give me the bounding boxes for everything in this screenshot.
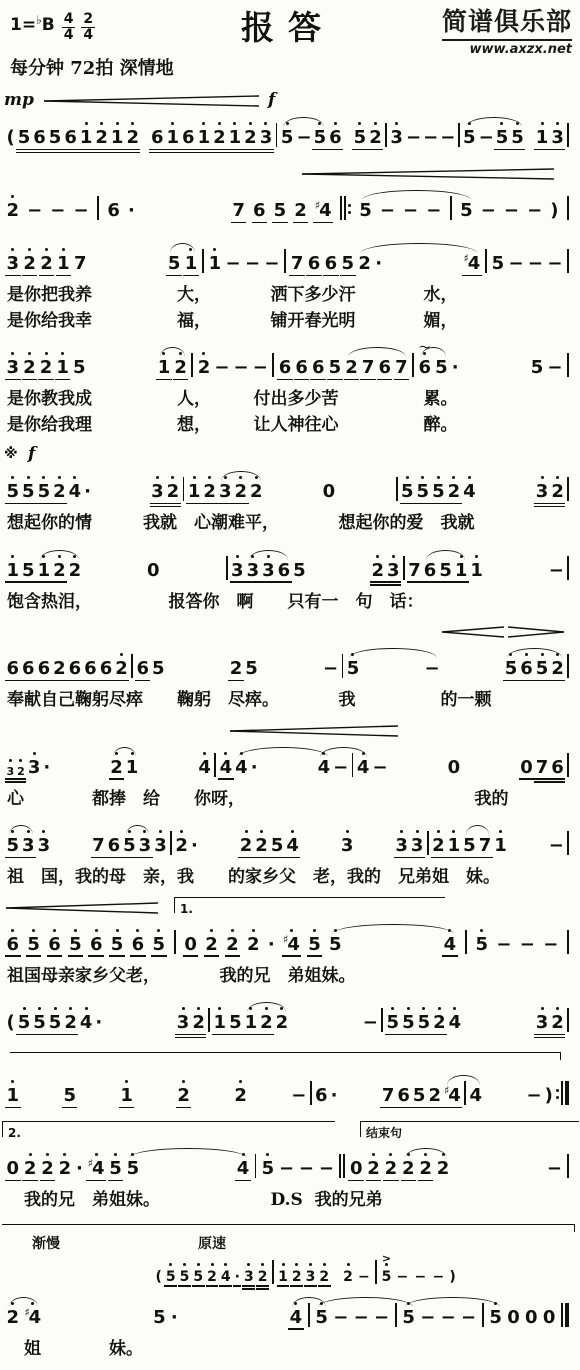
note-token: 6 (310, 359, 326, 377)
note-token: 6 (181, 129, 197, 147)
notes-row: 656565650222·♯45545−−− (2, 917, 574, 964)
duration-dash: − (26, 202, 44, 220)
note-token: 2 (16, 766, 27, 777)
repeat-dots (348, 198, 351, 220)
publisher-logo: 简谱俱乐部 www.axzx.net (442, 2, 572, 57)
note-token: 6 (422, 562, 438, 580)
note-token: 7 (91, 837, 107, 855)
note-token: 2 (238, 837, 254, 855)
note-token: 1 (56, 255, 72, 273)
note-token: 1 (183, 255, 199, 273)
duration-dash: − (460, 1309, 478, 1327)
octave-dot (277, 1263, 290, 1266)
octave-dot (304, 1263, 317, 1266)
octave-dot (550, 476, 566, 479)
octave-dot (416, 1007, 432, 1010)
sharp-icon: ♯ (283, 933, 288, 946)
note-token: 6 (396, 1087, 412, 1105)
octave-dot (196, 352, 212, 355)
note-token: 6 (252, 202, 268, 220)
note-token: 2 (38, 359, 54, 377)
note-token: 5 (21, 483, 37, 501)
barline (565, 556, 571, 580)
music-system: 151220333652376511−饱含热泪， 报答你 啊 只有一 句 话： (2, 543, 574, 616)
note-token: 6〜 (417, 359, 433, 377)
octave-dot (176, 1080, 192, 1083)
augmentation-dot: · (127, 202, 137, 220)
note-token: 1 (109, 129, 125, 147)
note-token: 5 (529, 359, 545, 377)
note-token: 1 (119, 1087, 135, 1105)
barline (565, 831, 571, 855)
octave-dot (56, 248, 72, 251)
octave-dot (370, 555, 386, 558)
octave-dot (114, 653, 130, 656)
note-token: 3 (245, 562, 261, 580)
rest-token: 0 (519, 759, 535, 777)
note-token: 2 (94, 129, 110, 147)
octave-dot (5, 195, 21, 198)
note-token: 2 (114, 660, 130, 678)
note-token: 2 (293, 202, 309, 220)
note-token: 3 (534, 1014, 550, 1032)
duration-dash: − (352, 1309, 370, 1327)
note-token: 2 (63, 1014, 79, 1032)
note-token: 6 (47, 936, 63, 954)
note-token: 3 (394, 837, 410, 855)
octave-dot (197, 752, 213, 755)
note-token: 4 (67, 483, 83, 501)
octave-dot (26, 752, 42, 755)
augmentation-dot: · (83, 483, 93, 501)
note-token: 5 (166, 255, 182, 273)
note-token: 5 (68, 936, 84, 954)
paren: ) (543, 1087, 554, 1105)
note-token: 5 (474, 936, 490, 954)
paren: ( (154, 1270, 163, 1284)
note-token: 1 (55, 359, 71, 377)
note-token: 5 (416, 1014, 432, 1032)
duration-dash: − (412, 1270, 429, 1284)
phrase-line (2, 1224, 575, 1232)
note-token: 6 (130, 936, 146, 954)
note-token: 5 (307, 936, 323, 954)
note-token: 6 (277, 359, 293, 377)
note-token: 6 (21, 660, 37, 678)
dynamic-marking: f (28, 444, 35, 464)
note-token: 3 (230, 562, 246, 580)
notes-row: 666266626525−5−5652 (2, 641, 574, 688)
accent-icon: > (380, 1253, 393, 1264)
note-token: 5 (164, 1270, 177, 1284)
note-token: 2 (318, 1270, 331, 1284)
octave-dot (21, 476, 37, 479)
octave-dot (153, 830, 169, 833)
paren: ( (5, 1014, 16, 1032)
note-token: 5 (438, 562, 454, 580)
note-token: 1 (243, 1014, 259, 1032)
octave-dot (243, 122, 259, 125)
note-token: 3 (304, 1270, 317, 1284)
note-token: 6 (63, 129, 79, 147)
octave-dot (78, 122, 94, 125)
octave-dot (366, 1153, 382, 1156)
note-token: 5 (108, 1160, 124, 1178)
octave-dot (385, 1007, 401, 1010)
note-token: 1 (227, 129, 243, 147)
note-token: 6 (314, 1087, 330, 1105)
note-token: 4 (235, 1160, 251, 1178)
octave-dot (206, 1263, 219, 1266)
octave-dot (212, 122, 228, 125)
note-token: 3 (5, 359, 21, 377)
duration-dash: − (251, 359, 269, 377)
octave-dot (469, 555, 485, 558)
duration-dash: − (243, 255, 261, 273)
segno-icon: ※ (4, 446, 18, 462)
duration-dash: − (213, 359, 231, 377)
note-token: 1 (186, 483, 202, 501)
octave-dot (415, 476, 431, 479)
note-token: 3 (339, 837, 355, 855)
note-token: 5 (150, 660, 166, 678)
octave-dot (258, 122, 274, 125)
note-token: 5 (431, 483, 447, 501)
octave-dot (230, 555, 246, 558)
duration-dash: − (72, 202, 90, 220)
note-token: 5 (327, 359, 343, 377)
rest-token: 0 (321, 483, 337, 501)
augmentation-dot: · (249, 759, 259, 777)
note-token: 3 (386, 562, 402, 580)
note-token: 2 (233, 1087, 249, 1105)
octave-dot (207, 248, 223, 251)
note-token: 2 (228, 660, 244, 678)
duration-dash: − (373, 1309, 391, 1327)
duration-dash: − (371, 759, 389, 777)
sharp-icon: ♯ (444, 1084, 449, 1097)
music-system: 渐慢原速(55524·3212322−5>−−−)2♯45·45−−−5−−−5… (2, 1220, 574, 1363)
note-token: 1 (124, 759, 140, 777)
annotation-row: 渐慢原速 (2, 1220, 574, 1250)
cue-notes-row: (55524·3212322−5>−−−) (152, 1250, 459, 1290)
octave-dot (202, 476, 218, 479)
note-token: 5 (345, 660, 361, 678)
note-token: 5 (47, 129, 63, 147)
notes-row: 151220333652376511− (2, 543, 574, 590)
note-token: 5 (503, 660, 519, 678)
duration-dash: − (430, 1270, 447, 1284)
note-token: 2 (22, 359, 38, 377)
note-token: 3 (534, 483, 550, 501)
note-token: 2 (52, 562, 68, 580)
crescendo-hairpin (442, 626, 504, 638)
octave-dot (164, 1263, 177, 1266)
note-token: 2 (274, 1014, 290, 1032)
notes-row: 32215122−−−666527676〜5·5− (2, 340, 574, 387)
note-token: 2 (40, 1160, 56, 1178)
annotation-row: ※f (2, 444, 574, 464)
note-token: 5 (401, 1014, 417, 1032)
rest-token: 0 (348, 1160, 364, 1178)
note-token: 5 (462, 129, 478, 147)
note-token: 5 (122, 837, 138, 855)
duration-dash: − (525, 1087, 543, 1105)
rest-token: 0 (524, 1309, 540, 1327)
note-token: 5 (401, 1309, 417, 1327)
octave-dot (204, 929, 220, 932)
octave-dot (151, 929, 167, 932)
barline (95, 196, 101, 220)
octave-dot (5, 352, 21, 355)
octave-dot (67, 476, 83, 479)
note-token: 5 (72, 359, 88, 377)
lyrics-line: 奉献自己鞠躬尽瘁 鞠躬 尽瘁。 我 的一颗 (2, 688, 574, 714)
octave-dot (368, 122, 384, 125)
note-token: 5 (358, 202, 374, 220)
ending-bracket: 2. (2, 1121, 335, 1137)
note-token: 2 (550, 660, 566, 678)
note-token: 5 (269, 837, 285, 855)
lyrics-line: 是你教我成 人， 付出多少苦 累。 (2, 387, 574, 413)
note-token: 2 (550, 483, 566, 501)
lyrics-line: 是你给我幸 福， 铺开春光明 媚， (2, 309, 574, 335)
rest-token: 0 (446, 759, 462, 777)
rest-token: 0 (541, 1309, 557, 1327)
octave-dot (5, 248, 21, 251)
dynamic-marking: f (268, 90, 275, 110)
note-token: ♯4 (23, 1309, 43, 1327)
duration-dash: − (545, 1160, 563, 1178)
octave-dot (39, 248, 55, 251)
note-token: 2 (254, 837, 270, 855)
note-token: 5 (314, 1309, 330, 1327)
duration-dash: − (297, 1160, 315, 1178)
ending-bracket-label: 1. (175, 903, 193, 916)
duration-dash: − (477, 129, 494, 147)
barline (565, 353, 571, 377)
ending-bracket-label: 2. (3, 1127, 21, 1140)
note-token: 4 (355, 759, 371, 777)
octave-dot (47, 929, 63, 932)
note-token: 5 (292, 562, 308, 580)
duration-dash: − (317, 1160, 335, 1178)
octave-dot (5, 476, 21, 479)
octave-dot (409, 830, 425, 833)
note-token: 6 (306, 255, 322, 273)
octave-dot (238, 830, 254, 833)
decrescendo-hairpin (508, 626, 564, 638)
note-token: 2 (344, 359, 360, 377)
lyrics-line: 想起你的情 我就 心潮难平， 想起你的爱 我就 (2, 511, 574, 537)
barline (565, 930, 571, 954)
repeat-dots (556, 1083, 559, 1105)
note-token: 4 (316, 759, 332, 777)
note-token: 6 (276, 562, 292, 580)
duration-dash: − (232, 359, 250, 377)
octave-dot (534, 1007, 550, 1010)
note-token: 4 (447, 1014, 463, 1032)
note-token: 2 (173, 359, 189, 377)
duration-dash: − (422, 129, 439, 147)
duration-dash: − (394, 1270, 411, 1284)
note-token: 1 (212, 1014, 228, 1032)
logo-text: 简谱俱乐部 (442, 2, 572, 38)
note-token: 2 (225, 936, 241, 954)
sharp-icon: ♯ (24, 1306, 29, 1319)
annotation-row (2, 163, 574, 183)
octave-dot (47, 1007, 63, 1010)
barline (565, 1154, 571, 1178)
note-token: 2 (370, 562, 386, 580)
annotation-row (2, 621, 574, 641)
note-token: 3 (26, 759, 42, 777)
octave-dot (233, 1080, 249, 1083)
note-token: 3 (36, 837, 52, 855)
duration-dash: − (378, 202, 396, 220)
note-token: 5 (411, 1087, 427, 1105)
note-token: 5 (16, 1014, 32, 1032)
note-token: 2 (22, 1160, 38, 1178)
octave-dot (68, 929, 84, 932)
note-token: 6 (519, 660, 535, 678)
note-token: ♯4 (282, 936, 302, 954)
note-token: 4 (197, 759, 213, 777)
note-token: 6 (149, 129, 165, 147)
duration-dash: − (518, 936, 536, 954)
notes-row: 15122−6·7652♯44−) (2, 1068, 574, 1115)
barline (410, 353, 416, 377)
duration-dash: − (332, 759, 350, 777)
note-token: 2 (212, 129, 228, 147)
barline (565, 196, 571, 220)
octave-dot (174, 830, 190, 833)
repeat-end-barline (554, 1081, 571, 1105)
octave-dot (401, 1007, 417, 1010)
octave-dot (282, 929, 302, 932)
note-token: 2 (206, 1270, 219, 1284)
note-token: 4 (234, 759, 250, 777)
octave-dot (352, 122, 368, 125)
duration-dash: − (277, 1160, 295, 1178)
dynamic-marking: mp (4, 90, 34, 110)
duration-dash: − (425, 202, 443, 220)
octave-dot (175, 1007, 191, 1010)
note-token: 5 (16, 129, 32, 147)
barline-rr (337, 1154, 346, 1178)
note-token: 2 (39, 255, 55, 273)
note-token: 4 (218, 759, 234, 777)
phrase-line (10, 1052, 561, 1060)
score-body: mpf(56561212616121235−56523−−−5−55132−−−… (2, 90, 574, 1362)
duration-dash: − (502, 202, 520, 220)
note-token: 2 (418, 1160, 434, 1178)
octave-dot (165, 476, 181, 479)
notes-row: 533765332·225433321571− (2, 818, 574, 865)
octave-dot (109, 929, 125, 932)
octave-dot (165, 122, 181, 125)
music-system: 32217511−−−76652·♯45−−−是你把我养 大， 洒下多少汗 水，… (2, 236, 574, 334)
lyrics-line: 心 都捧 给 你呀， 我的 (2, 787, 574, 813)
augmentation-dot: · (94, 1014, 104, 1032)
note-token: 4 (78, 1014, 94, 1032)
octave-dot (130, 929, 146, 932)
note-token: 3 (21, 837, 37, 855)
annotation-row: 1. (2, 897, 574, 917)
octave-dot (245, 929, 261, 932)
note-token: 1 (446, 837, 462, 855)
lyrics-line: 我的兄 弟姐妹。 D.S 我的兄弟 (2, 1188, 574, 1214)
octave-dot (57, 1153, 73, 1156)
octave-dot (394, 830, 410, 833)
music-system: 2.结束句0222·♯45545−−−022222− 我的兄 弟姐妹。 D.S … (2, 1121, 574, 1214)
octave-dot (318, 1263, 331, 1266)
octave-dot (290, 1263, 303, 1266)
note-token: 6 (294, 359, 310, 377)
note-token: 5 (434, 359, 450, 377)
barline (253, 1154, 259, 1178)
note-token: 3 (137, 837, 153, 855)
barline (373, 1260, 379, 1284)
barline (565, 477, 571, 501)
duration-dash: − (526, 202, 544, 220)
octave-dot (108, 1153, 124, 1156)
note-token: 2 (174, 837, 190, 855)
note-token: 2 (383, 1160, 399, 1178)
octave-dot (383, 1153, 399, 1156)
note-token: 3 (5, 255, 21, 273)
note-token: 1 (493, 837, 509, 855)
octave-dot (256, 1263, 269, 1266)
barline (565, 654, 571, 678)
note-token: 5 (352, 129, 368, 147)
note-token: 7 (73, 255, 89, 273)
octave-dot (254, 830, 270, 833)
lyrics-line: 是你给我理 想， 让人神往心 醉。 (2, 413, 574, 439)
octave-dot (446, 476, 462, 479)
ending-bracket-label: 结束句 (361, 1127, 402, 1140)
note-token: 5 (328, 936, 344, 954)
octave-dot (242, 1263, 255, 1266)
note-token: 5 (47, 1014, 63, 1032)
sharp-icon: ♯ (88, 1157, 93, 1170)
duration-dash: − (361, 1014, 379, 1032)
music-system: 323·21444·4−4−0076心 都捧 给 你呀， 我的 (2, 720, 574, 813)
augmentation-dot: · (233, 1270, 241, 1284)
duration-dash: − (332, 1309, 350, 1327)
duration-dash: − (495, 936, 513, 954)
note-token: 5 (312, 129, 328, 147)
note-token: 5 (462, 837, 478, 855)
note-token: ♯4 (86, 1160, 106, 1178)
octave-dot (52, 476, 68, 479)
rest-token: 0 (183, 936, 199, 954)
note-token: 2 (233, 483, 249, 501)
duration-dash: − (49, 202, 67, 220)
augmentation-dot: · (266, 936, 276, 954)
rest-token: 0 (506, 1309, 522, 1327)
notes-row: (55524·3215122−5552432 (2, 995, 574, 1042)
note-token: 5 (490, 255, 506, 273)
octave-dot (192, 1263, 205, 1266)
note-token: 5 (400, 483, 416, 501)
octave-dot (55, 352, 71, 355)
barline (172, 930, 178, 954)
note-token: 6 (135, 660, 151, 678)
octave-dot (36, 476, 52, 479)
annotation-row (2, 1048, 574, 1068)
barline (200, 249, 206, 273)
